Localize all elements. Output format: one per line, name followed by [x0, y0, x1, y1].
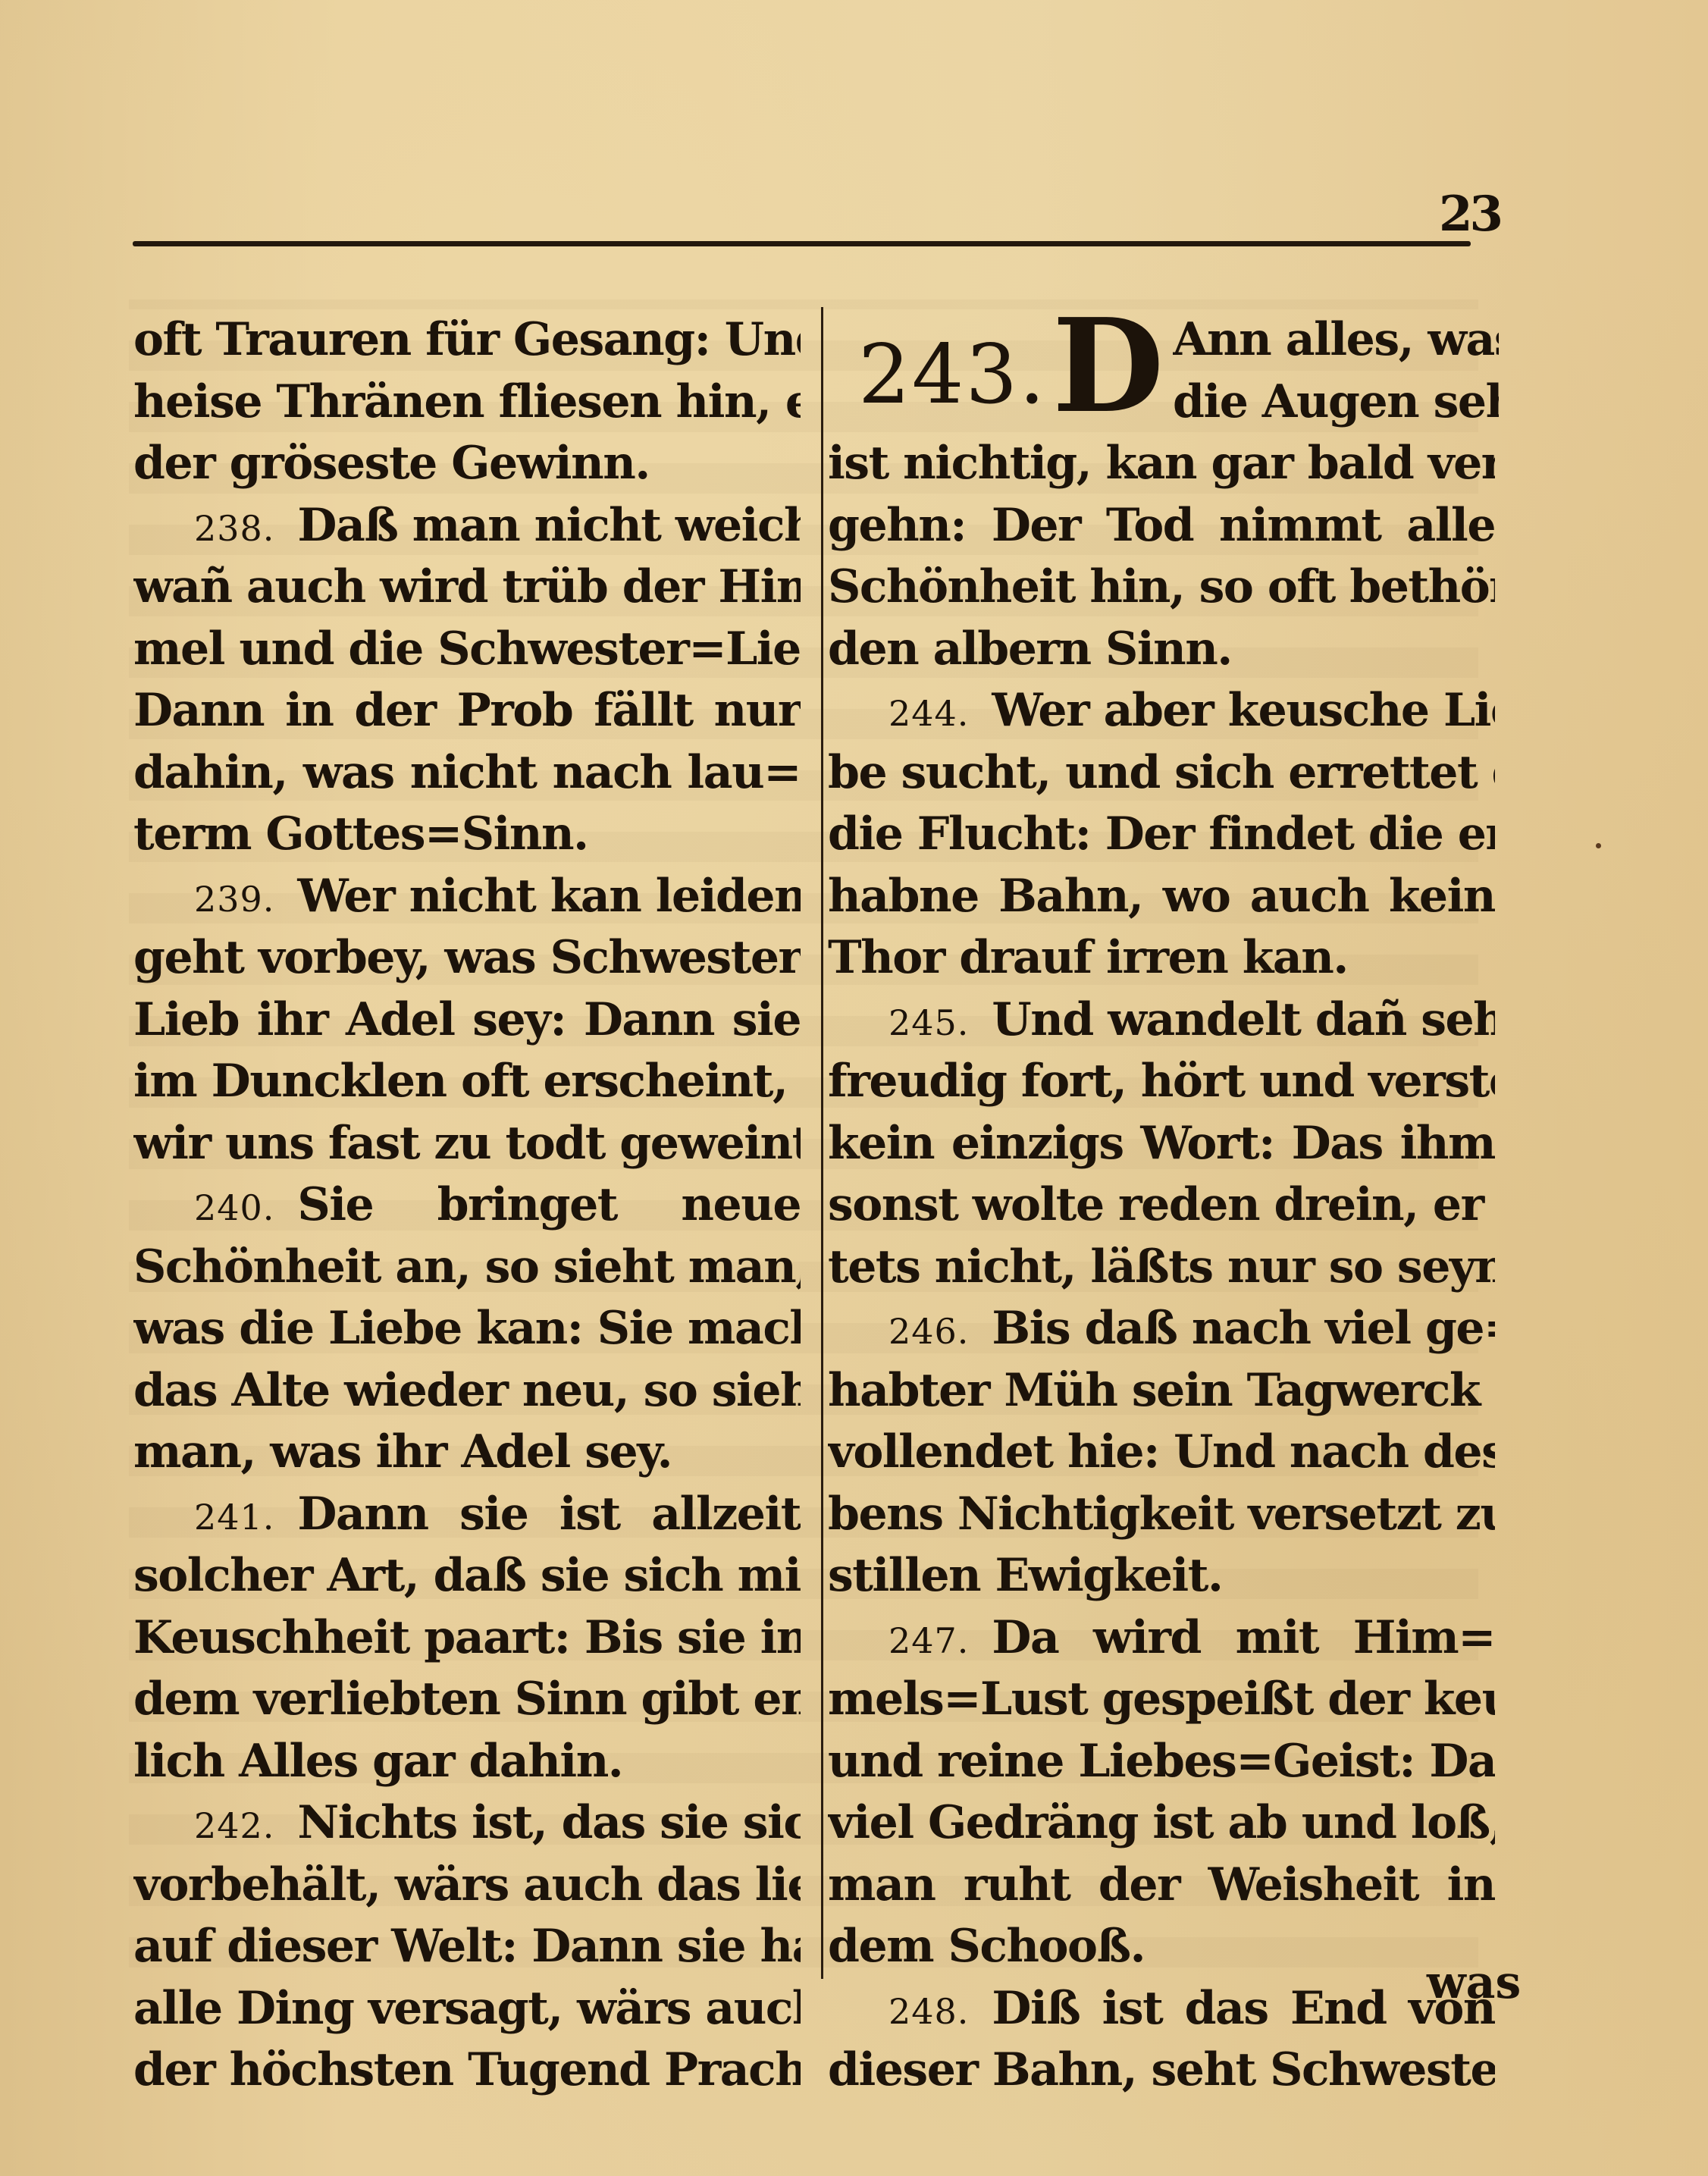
text-line: Keuschheit paart: Bis sie in — [133, 1607, 801, 1670]
text-line: auf dieser Welt: Dann sie hat — [133, 1916, 801, 1978]
verse-text: Wer aber keusche Lie= — [992, 684, 1495, 737]
verse-244-first-line: 244.Wer aber keusche Lie= — [828, 680, 1495, 742]
text-line: kein einzigs Wort: Das ihm — [828, 1113, 1495, 1175]
text-line: heise Thränen fliesen hin, es ist — [133, 372, 801, 434]
column-divider — [821, 307, 823, 1979]
text-line: der höchsten Tugend Pracht. — [133, 2040, 801, 2102]
page-number: 23 — [1439, 186, 1500, 243]
verse-text: Nichts ist, das sie sich — [297, 1796, 801, 1849]
text-line: gehn: Der Tod nimmt alle — [828, 495, 1495, 557]
verse-number: 240. — [194, 1187, 274, 1228]
text-line: dahin, was nicht nach lau= — [133, 742, 801, 804]
text-line: bens Nichtigkeit versetzt zur — [828, 1484, 1495, 1546]
text-line: be sucht, und sich errettet durch — [828, 742, 1495, 804]
text-line: die Flucht: Der findet die er= — [828, 804, 1495, 866]
text-line: der gröseste Gewinn. — [133, 433, 801, 495]
text-line: wañ auch wird trüb der Him= — [133, 557, 801, 619]
text-line: stillen Ewigkeit. — [828, 1545, 1495, 1607]
verse-number: 239. — [194, 879, 274, 920]
verse-245-first-line: 245.Und wandelt dañ sehr — [828, 989, 1495, 1052]
text-line: Schönheit hin, so oft bethört — [828, 557, 1495, 619]
right-column: 243. D Ann alles, was die Augen sehn, is… — [828, 309, 1495, 2102]
verse-text: Dann sie ist allzeit — [297, 1488, 801, 1541]
verse-number: 247. — [888, 1620, 969, 1661]
text-line: vorbehält, wärs auch das liebst — [133, 1855, 801, 1917]
text-line: vollendet hie: Und nach des Le= — [828, 1422, 1495, 1484]
text-line: Thor drauf irren kan. — [828, 927, 1495, 989]
text-line: geht vorbey, was Schwester= — [133, 927, 801, 989]
text-line: und reine Liebes=Geist: Das — [828, 1731, 1495, 1793]
verse-241-first-line: 241.Dann sie ist allzeit — [133, 1484, 801, 1546]
text-line: im Duncklen oft erscheint, wañ — [133, 1051, 801, 1113]
verse-text: Da wird mit Him= — [992, 1611, 1495, 1664]
text-line: man ruht der Weisheit in — [828, 1855, 1495, 1917]
verse-text: Bis daß nach viel ge= — [992, 1302, 1495, 1355]
verse-238-first-line: 238.Daß man nicht weicht, — [133, 495, 801, 557]
verse-text: Diß ist das End von — [992, 1982, 1495, 2035]
verse-239-first-line: 239.Wer nicht kan leiden, — [133, 866, 801, 928]
verse-243-opening: 243. D Ann alles, was die Augen sehn, — [828, 309, 1495, 433]
book-page: 23 oft Trauren für Gesang: Und heise Thr… — [0, 0, 1708, 2176]
header-rule — [133, 241, 1471, 246]
text-line: man, was ihr Adel sey. — [133, 1422, 801, 1484]
verse-number: 242. — [194, 1805, 274, 1846]
text-line: die Augen sehn, — [1173, 372, 1499, 434]
text-line: freudig fort, hört und versteht — [828, 1051, 1495, 1113]
verse-text: Wer nicht kan leiden, — [297, 870, 801, 923]
verse-number: 244. — [888, 693, 969, 734]
text-line: mels=Lust gespeißt der keusch — [828, 1669, 1495, 1731]
text-line: wir uns fast zu todt geweint. — [133, 1113, 801, 1175]
verse-number: 248. — [888, 1991, 969, 2032]
verse-text: Sie bringet neue — [297, 1178, 801, 1231]
text-line: term Gottes=Sinn. — [133, 804, 801, 866]
text-line: den albern Sinn. — [828, 619, 1495, 681]
text-line: solcher Art, daß sie sich mit der — [133, 1545, 801, 1607]
text-line: lich Alles gar dahin. — [133, 1731, 801, 1793]
left-column: oft Trauren für Gesang: Und heise Thräne… — [133, 309, 801, 2102]
verse-247-first-line: 247.Da wird mit Him= — [828, 1607, 1495, 1670]
text-line: tets nicht, läßts nur so seyn. — [828, 1237, 1495, 1299]
verse-240-first-line: 240.Sie bringet neue — [133, 1174, 801, 1237]
text-line: alle Ding versagt, wärs auch — [133, 1978, 801, 2040]
text-line: was die Liebe kan: Sie macht — [133, 1298, 801, 1360]
text-line: dieser Bahn, seht Schwestern! — [828, 2040, 1495, 2102]
text-line: dem Schooß. — [828, 1916, 1495, 1978]
verse-text: Daß man nicht weicht, — [297, 499, 801, 552]
text-line: Ann alles, was — [1173, 309, 1499, 372]
verse-number: 245. — [888, 1002, 969, 1043]
verse-number: 241. — [194, 1497, 274, 1538]
text-line: Schönheit an, so sieht man, — [133, 1237, 801, 1299]
text-line: dem verliebten Sinn gibt end= — [133, 1669, 801, 1731]
verse-242-first-line: 242.Nichts ist, das sie sich — [133, 1792, 801, 1855]
text-line: das Alte wieder neu, so sieht — [133, 1360, 801, 1422]
verse-number: 238. — [194, 508, 274, 549]
verse-number-large: 243. — [858, 326, 1046, 425]
text-line: Dann in der Prob fällt nur — [133, 680, 801, 742]
text-line: ist nichtig, kan gar bald ver= — [828, 433, 1495, 495]
text-line: habter Müh sein Tagwerck ist — [828, 1360, 1495, 1422]
verse-text: Und wandelt dañ sehr — [992, 993, 1495, 1046]
catchword: was — [1427, 1956, 1521, 2009]
text-line: sonst wolte reden drein, er ach= — [828, 1174, 1495, 1237]
ink-speck — [1596, 843, 1601, 848]
text-line: habne Bahn, wo auch kein — [828, 866, 1495, 928]
text-line: Lieb ihr Adel sey: Dann sie — [133, 989, 801, 1052]
text-line: viel Gedräng ist ab und loß, — [828, 1792, 1495, 1855]
drop-cap: D — [1052, 309, 1163, 423]
verse-248-first-line: 248.Diß ist das End von — [828, 1978, 1495, 2040]
verse-246-first-line: 246.Bis daß nach viel ge= — [828, 1298, 1495, 1360]
text-line: mel und die Schwester=Lieb: — [133, 619, 801, 681]
text-line: oft Trauren für Gesang: Und — [133, 309, 801, 372]
verse-number: 246. — [888, 1311, 969, 1352]
